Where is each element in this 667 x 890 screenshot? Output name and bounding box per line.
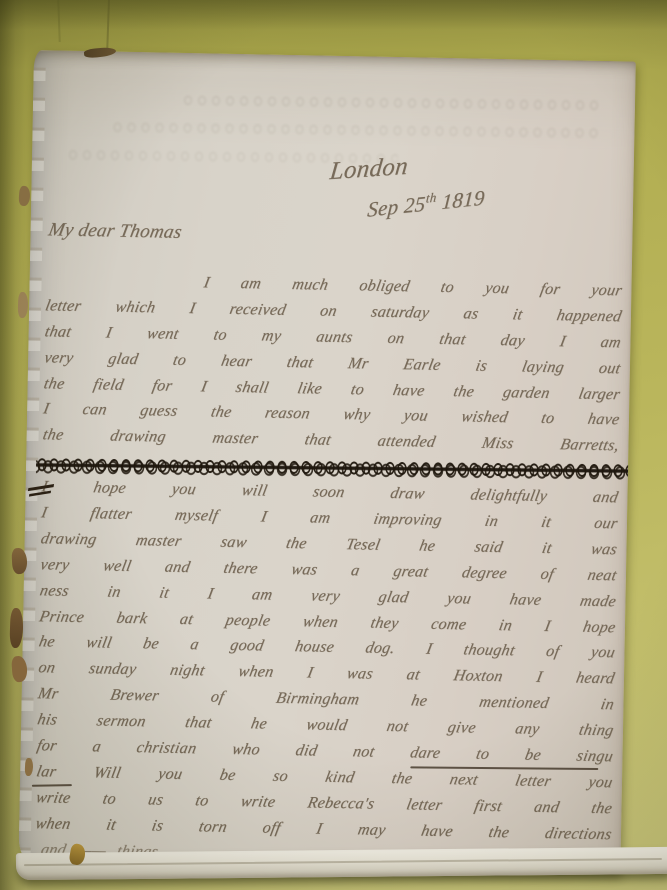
show-through-writing — [112, 120, 602, 139]
salutation: My dear Thomas — [46, 219, 183, 243]
letter-photograph: London Sep 25th 1819 My dear Thomas I am… — [0, 0, 667, 890]
date-ordinal: th — [425, 189, 437, 205]
letter-place: London — [328, 153, 409, 187]
date-year: 1819 — [441, 185, 486, 214]
letter-page: London Sep 25th 1819 My dear Thomas I am… — [18, 50, 635, 874]
letter-date: Sep 25th 1819 — [366, 184, 485, 222]
mat-top-shadow — [0, 0, 667, 30]
date-day: Sep 25 — [367, 191, 427, 221]
letter-body: I am much obliged to you for your letter… — [34, 269, 621, 874]
show-through-writing — [183, 93, 603, 111]
